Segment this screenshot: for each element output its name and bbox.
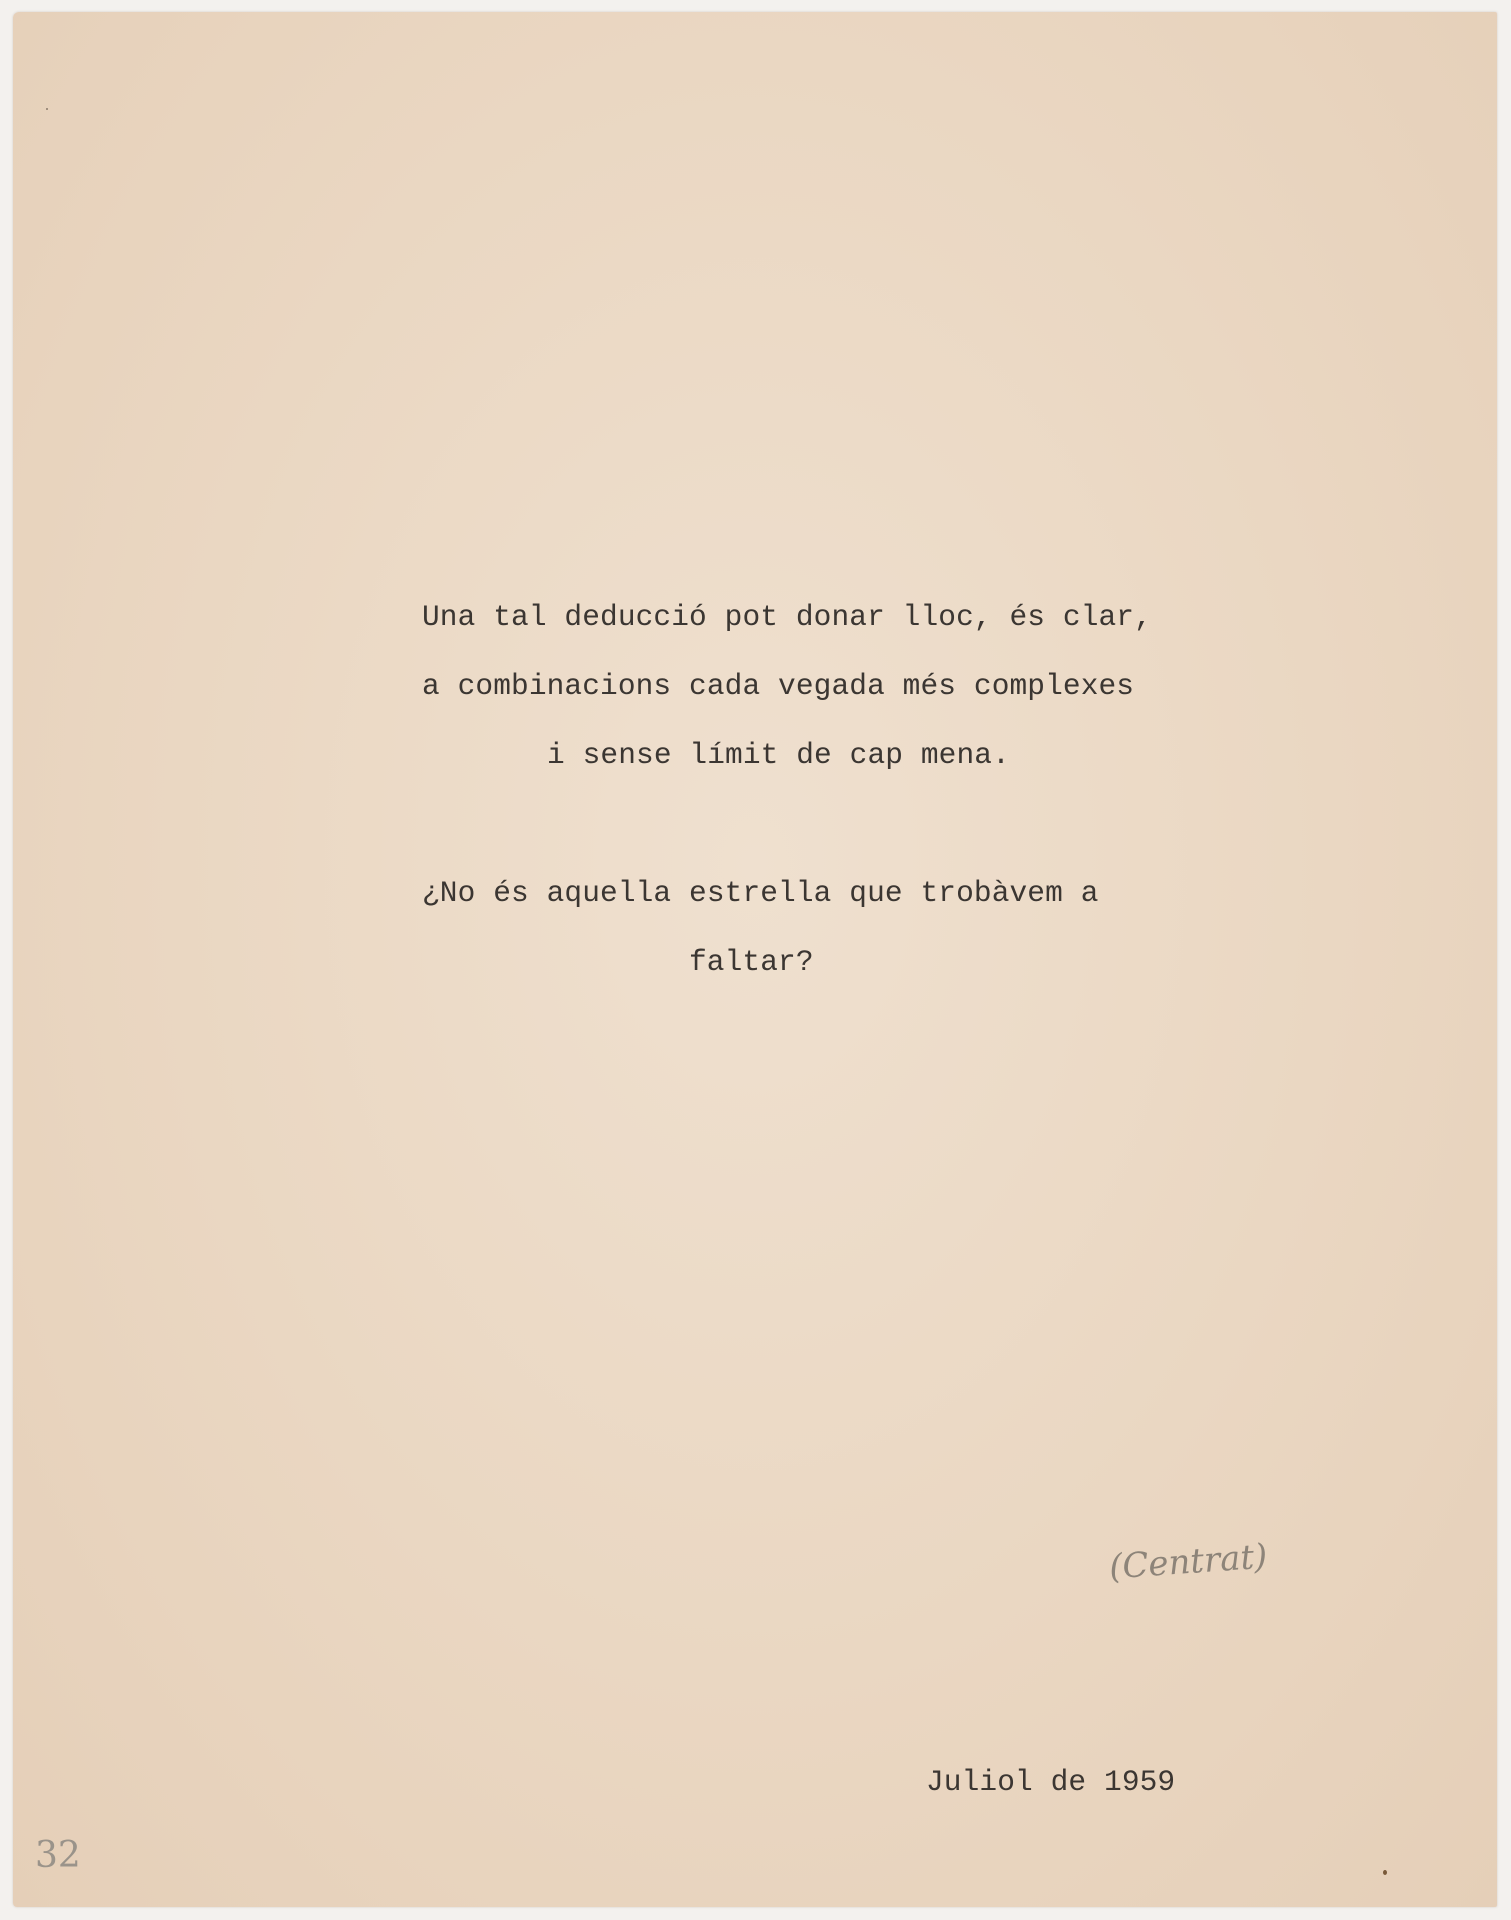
text-line: ¿No és aquella estrella que trobàvem a (422, 879, 1099, 909)
text-line: i sense límit de cap mena. (547, 741, 1010, 771)
text-line: a combinacions cada vegada més complexes (422, 672, 1134, 702)
page-number-handwritten: 32 (35, 1835, 81, 1876)
text-line: faltar? (689, 948, 814, 978)
date-line: Juliol de 1959 (926, 1768, 1175, 1798)
handwritten-note: (Centrat) (1108, 1537, 1269, 1588)
ink-speck (46, 108, 48, 110)
ink-speck (1383, 1870, 1387, 1875)
text-line: Una tal deducció pot donar lloc, és clar… (422, 603, 1152, 633)
typewritten-page: Una tal deducció pot donar lloc, és clar… (13, 12, 1497, 1907)
